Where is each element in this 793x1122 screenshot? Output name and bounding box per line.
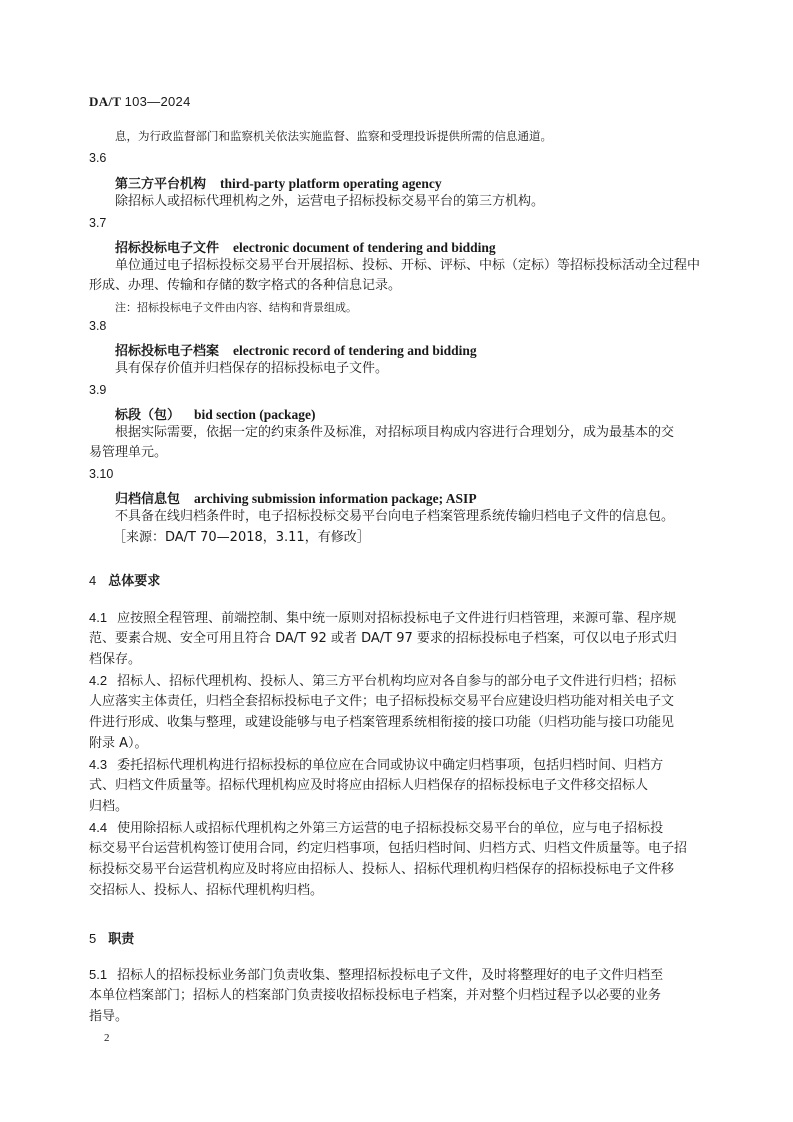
term-en: archiving submission information package… bbox=[194, 491, 477, 506]
term-source: ［来源：DA/T 70—2018，3.11，有修改］ bbox=[113, 530, 370, 546]
section-number: 4 bbox=[89, 573, 96, 588]
section-title: 总体要求 bbox=[108, 574, 160, 589]
clause-number: 4.2 bbox=[89, 673, 107, 688]
doc-number: 103—2024 bbox=[125, 94, 191, 109]
term-zh: 招标投标电子档案 bbox=[115, 344, 219, 359]
term-en: electronic record of tendering and biddi… bbox=[233, 343, 477, 358]
term-number: 3.9 bbox=[89, 383, 106, 397]
page-header: DA/T 103—2024 bbox=[89, 94, 191, 110]
clause-line: 附录 A）。 bbox=[89, 736, 148, 752]
clause-number: 5.1 bbox=[89, 967, 107, 982]
section-number: 5 bbox=[89, 931, 96, 946]
term-number: 3.10 bbox=[89, 467, 113, 481]
clause-line: 标交易平台运营机构签订使用合同，约定归档事项，包括归档时间、归档方式、归档文件质… bbox=[89, 841, 687, 857]
clause-line: 指导。 bbox=[89, 1009, 128, 1025]
term-zh: 归档信息包 bbox=[115, 492, 180, 507]
clause-line: 4.1应按照全程管理、前端控制、集中统一原则对招标投标电子文件进行归档管理，来源… bbox=[89, 610, 676, 627]
page-number: 2 bbox=[104, 1032, 110, 1044]
clause-text: 使用除招标人或招标代理机构之外第三方运营的电子招标投标交易平台的单位，应与电子招… bbox=[117, 821, 663, 836]
term-zh: 招标投标电子文件 bbox=[115, 241, 219, 256]
clause-line: 人应落实主体责任，归档全套招标投标电子文件；电子招标投标交易平台应建设归档功能对… bbox=[89, 694, 674, 710]
term-title: 招标投标电子文件electronic document of tendering… bbox=[115, 237, 496, 256]
term-definition: 具有保存价值并归档保存的招标投标电子文件。 bbox=[115, 361, 388, 377]
term-number: 3.6 bbox=[89, 151, 106, 165]
clause-line: 档保存。 bbox=[89, 652, 141, 668]
term-en: electronic document of tendering and bid… bbox=[233, 240, 496, 255]
term-number: 3.7 bbox=[89, 216, 106, 230]
doc-code: DA/T bbox=[89, 94, 121, 109]
section-title: 职责 bbox=[108, 932, 134, 947]
clause-line: 标投标交易平台运营机构应及时将应由招标人、投标人、招标代理机构归档保存的招标投标… bbox=[89, 862, 674, 878]
term-title: 第三方平台机构third-party platform operating ag… bbox=[115, 173, 442, 192]
section-heading: 4总体要求 bbox=[89, 570, 160, 589]
term-title: 标段（包）bid section (package) bbox=[115, 404, 316, 423]
clause-text: 招标人的招标投标业务部门负责收集、整理招标投标电子文件，及时将整理好的电子文件归… bbox=[117, 968, 663, 983]
term-definition: 单位通过电子招标投标交易平台开展招标、投标、开标、评标、中标（定标）等招标投标活… bbox=[115, 258, 700, 274]
clause-line: 5.1招标人的招标投标业务部门负责收集、整理招标投标电子文件，及时将整理好的电子… bbox=[89, 967, 663, 984]
clause-line: 式、归档文件质量等。招标代理机构应及时将应由招标人归档保存的招标投标电子文件移交… bbox=[89, 778, 648, 794]
term-definition: 易管理单元。 bbox=[89, 445, 167, 461]
clause-text: 应按照全程管理、前端控制、集中统一原则对招标投标电子文件进行归档管理，来源可靠、… bbox=[117, 611, 676, 626]
clause-line: 归档。 bbox=[89, 799, 128, 815]
term-title: 招标投标电子档案electronic record of tendering a… bbox=[115, 340, 477, 359]
clause-line: 本单位档案部门；招标人的档案部门负责接收招标投标电子档案，并对整个归档过程予以必… bbox=[89, 988, 661, 1004]
clause-line: 4.3委托招标代理机构进行招标投标的单位应在合同或协议中确定归档事项，包括归档时… bbox=[89, 757, 663, 774]
term-definition: 形成、办理、传输和存储的数字格式的各种信息记录。 bbox=[89, 278, 401, 294]
continuation-text: 息，为行政监督部门和监察机关依法实施监督、监察和受理投诉提供所需的信息通道。 bbox=[115, 128, 552, 144]
term-number: 3.8 bbox=[89, 319, 106, 333]
clause-line: 范、要素合规、安全可用且符合 DA/T 92 或者 DA/T 97 要求的招标投… bbox=[89, 631, 677, 647]
term-en: third-party platform operating agency bbox=[220, 176, 442, 191]
clause-line: 件进行形成、收集与整理，或建设能够与电子档案管理系统相衔接的接口功能（归档功能与… bbox=[89, 715, 674, 731]
term-definition: 不具备在线归档条件时，电子招标投标交易平台向电子档案管理系统传输归档电子文件的信… bbox=[115, 509, 674, 525]
clause-line: 4.2招标人、招标代理机构、投标人、第三方平台机构均应对各自参与的部分电子文件进… bbox=[89, 673, 676, 690]
clause-line: 交招标人、投标人、招标代理机构归档。 bbox=[89, 883, 323, 899]
section-heading: 5职责 bbox=[89, 928, 134, 947]
term-title: 归档信息包archiving submission information pa… bbox=[115, 488, 477, 507]
clause-text: 委托招标代理机构进行招标投标的单位应在合同或协议中确定归档事项，包括归档时间、归… bbox=[117, 758, 663, 773]
clause-number: 4.4 bbox=[89, 820, 107, 835]
term-zh: 标段（包） bbox=[115, 408, 180, 423]
clause-number: 4.1 bbox=[89, 610, 107, 625]
term-note: 注：招标投标电子文件由内容、结构和背景组成。 bbox=[115, 300, 357, 316]
clause-number: 4.3 bbox=[89, 757, 107, 772]
term-en: bid section (package) bbox=[194, 407, 316, 422]
clause-text: 招标人、招标代理机构、投标人、第三方平台机构均应对各自参与的部分电子文件进行归档… bbox=[117, 674, 676, 689]
clause-line: 4.4使用除招标人或招标代理机构之外第三方运营的电子招标投标交易平台的单位，应与… bbox=[89, 820, 663, 837]
term-definition: 除招标人或招标代理机构之外，运营电子招标投标交易平台的第三方机构。 bbox=[115, 194, 544, 210]
term-zh: 第三方平台机构 bbox=[115, 177, 206, 192]
term-definition: 根据实际需要，依据一定的约束条件及标准，对招标项目构成内容进行合理划分，成为最基… bbox=[115, 425, 674, 441]
